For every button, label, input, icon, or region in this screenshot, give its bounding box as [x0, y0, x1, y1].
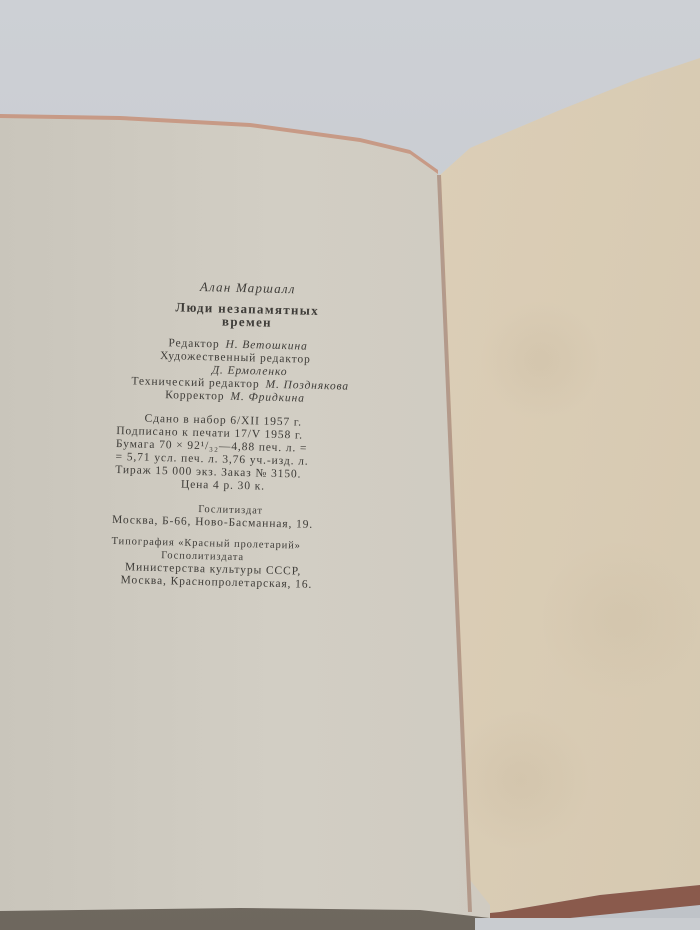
print-data-block: Сдано в набор 6/XII 1957 г. Подписано к … — [113, 412, 405, 497]
table-surface — [475, 918, 700, 930]
credits-block: РедакторН. Ветошкина Художественный реда… — [115, 336, 407, 408]
colophon-text-block: Алан Маршалл Люди незапамятных времен Ре… — [110, 278, 407, 594]
editor-name: Н. Ветошкина — [225, 339, 307, 353]
tech-editor-name: М. Позднякова — [265, 379, 349, 393]
proofreader-name: М. Фридкина — [230, 391, 305, 405]
tech-editor-label: Технический редактор — [131, 375, 259, 390]
editor-label: Редактор — [168, 337, 219, 350]
proofreader-label: Корректор — [165, 389, 225, 402]
printer-block: Типография «Красный пролетарий» Госполит… — [110, 535, 401, 594]
